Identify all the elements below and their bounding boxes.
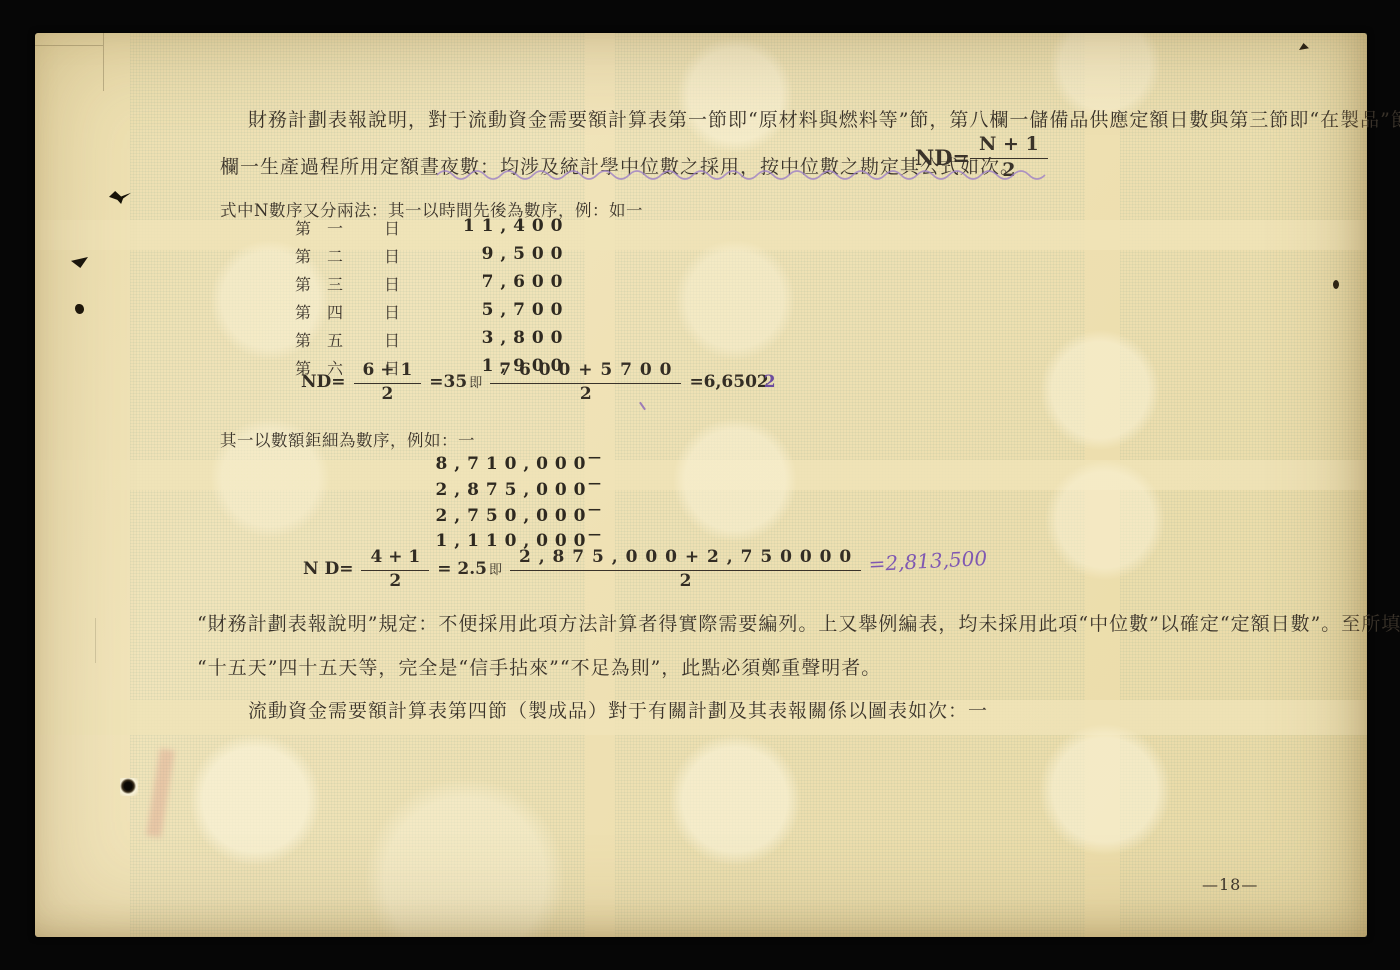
day: 四 <box>327 300 384 323</box>
amount-list-item: 8 , 7 1 0 , 0 0 0— <box>335 450 601 474</box>
document-page: 財務計劃表報說明，對于流動資金需要額計算表第一節即“原材料與燃料等”節，第八欄一… <box>35 33 1367 937</box>
median-formula-1: ND= 6 + 1 2 =35即 7 6 0 0 + 5 7 0 0 2 =6,… <box>297 360 776 404</box>
amount: 9 , 5 0 0 <box>442 244 563 267</box>
ordinal: 第 <box>295 272 327 295</box>
amount-dash-suffix: — <box>588 527 601 542</box>
amount-list-item: 2 , 7 5 0 , 0 0 0— <box>335 502 601 526</box>
unit: 日 <box>384 244 442 267</box>
numerator: 4 + 1 <box>361 547 429 571</box>
nd-formula-numerator: N + 1 <box>970 133 1048 159</box>
amount-intro-line: 其一以數額鉅細為數序，例如：一 <box>220 427 475 451</box>
ink-speck <box>75 304 84 314</box>
denominator: 2 <box>680 571 692 592</box>
amount-dash-suffix: — <box>588 450 601 465</box>
day-table-row: 第四日5 , 7 0 0 <box>295 300 563 323</box>
day: 五 <box>327 328 384 351</box>
amount-dash-suffix: — <box>588 502 601 517</box>
scanned-document-canvas: 財務計劃表報說明，對于流動資金需要額計算表第一節即“原材料與燃料等”節，第八欄一… <box>0 0 1400 970</box>
unit: 日 <box>384 216 442 239</box>
paragraph2-line2: “十五天”四十五天等，完全是“信手拈來”“不足為則”，此點必須鄭重聲明者。 <box>197 653 881 680</box>
staple-hole <box>120 778 138 796</box>
page-number: —18— <box>1202 875 1258 894</box>
amount-dash-suffix: — <box>588 476 601 491</box>
numerator: 2 , 8 7 5 , 0 0 0 + 2 , 7 5 0 0 0 0 <box>510 547 861 571</box>
purple-wavy-underline <box>437 168 1057 182</box>
day: 三 <box>327 272 384 295</box>
page-content: 財務計劃表報說明，對于流動資金需要額計算表第一節即“原材料與燃料等”節，第八欄一… <box>35 33 1367 937</box>
day-table-row: 第三日7 , 6 0 0 <box>295 272 563 295</box>
formula1-result-overwrite: 2 <box>764 372 776 392</box>
amount-value: 2 , 7 5 0 , 0 0 0 <box>436 506 587 526</box>
amount: 3 , 8 0 0 <box>442 328 563 351</box>
ordinal: 第 <box>295 328 327 351</box>
ordinal: 第 <box>295 244 327 267</box>
day-table-row: 第二日9 , 5 0 0 <box>295 244 563 267</box>
ordinal: 第 <box>295 300 327 323</box>
formula2-fraction2: 2 , 8 7 5 , 0 0 0 + 2 , 7 5 0 0 0 0 2 <box>510 547 861 591</box>
unit: 日 <box>384 328 442 351</box>
amount-value: 2 , 8 7 5 , 0 0 0 <box>436 480 587 500</box>
paragraph1-line1: 財務計劃表報說明，對于流動資金需要額計算表第一節即“原材料與燃料等”節，第八欄一… <box>248 105 1400 132</box>
unit: 日 <box>384 300 442 323</box>
formula1-lhs: ND= <box>301 372 346 392</box>
amount-list-item: 2 , 8 7 5 , 0 0 0— <box>335 476 601 500</box>
denominator: 2 <box>381 384 393 405</box>
numerator: 6 + 1 <box>354 360 422 384</box>
formula2-fraction1: 4 + 1 2 <box>361 547 429 591</box>
nd-formula-lhs: ND= <box>915 145 970 170</box>
amount-value: 8 , 7 1 0 , 0 0 0 <box>436 454 587 474</box>
mid-value: =35 <box>429 372 467 392</box>
mid-value: = 2.5 <box>437 559 487 579</box>
formula1-result: =6,6502 <box>689 372 768 392</box>
amount: 5 , 7 0 0 <box>442 300 563 323</box>
amount: 7 , 6 0 0 <box>442 272 563 295</box>
day-table-row: 第五日3 , 8 0 0 <box>295 328 563 351</box>
formula1-fraction2: 7 6 0 0 + 5 7 0 0 2 <box>490 360 681 404</box>
ink-speck <box>1333 280 1339 289</box>
formula2-mid: = 2.5即 <box>437 559 502 579</box>
mid-particle: 即 <box>489 563 502 578</box>
ordinal: 第 <box>295 216 327 239</box>
denominator: 2 <box>580 384 592 405</box>
paragraph2-line1: “財務計劃表報說明”規定：不便採用此項方法計算者得實際需要編列。上又舉例編表，均… <box>197 609 1400 636</box>
formula1-fraction1: 6 + 1 2 <box>354 360 422 404</box>
day: 二 <box>327 244 384 267</box>
median-formula-2: N D= 4 + 1 2 = 2.5即 2 , 8 7 5 , 0 0 0 + … <box>299 547 992 591</box>
handwritten-result-purple: =2,813,500 <box>868 546 988 576</box>
formula2-lhs: N D= <box>303 559 353 579</box>
denominator: 2 <box>389 571 401 592</box>
unit: 日 <box>384 272 442 295</box>
day: 一 <box>327 216 384 239</box>
numerator: 7 6 0 0 + 5 7 0 0 <box>490 360 681 384</box>
amount: 1 1 , 4 0 0 <box>442 216 563 239</box>
paragraph3-line: 流動資金需要額計算表第四節（製成品）對于有關計劃及其表報關係以圖表如次：一 <box>248 696 988 723</box>
mid-particle: 即 <box>469 376 482 391</box>
day-table-row: 第一日1 1 , 4 0 0 <box>295 216 563 239</box>
formula1-mid: =35即 <box>429 372 482 392</box>
